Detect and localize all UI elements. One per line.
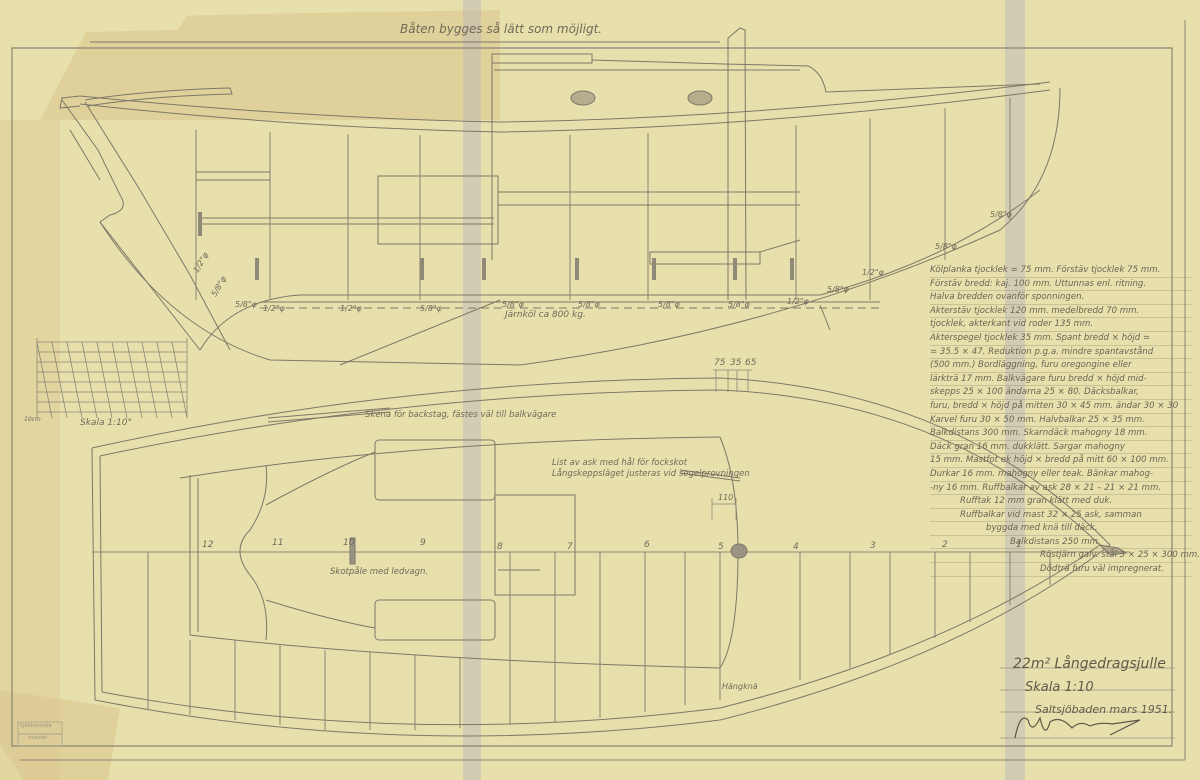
spec-line: Durkar 16 mm. mahogny eller teak. Bänkar… [930, 468, 1192, 482]
drawing-title: 22m² Långedragsjulle [1013, 656, 1166, 672]
spec-line: Rufftak 12 mm gran klätt med duk. [930, 495, 1192, 509]
spec-line: Balkdistans 250 mm. [930, 536, 1192, 550]
spec-line: Karvel furu 30 × 50 mm. Halvbalkar 25 × … [930, 414, 1192, 428]
dimension-75: 75 [714, 358, 725, 368]
station-number: 11 [272, 538, 283, 548]
dimension-65: 65 [745, 358, 756, 368]
bolt-label: 5/8"φ [420, 304, 442, 313]
spec-line: 15 mm. Mastfot ek höjd × bredd på mitt 6… [930, 454, 1192, 468]
header-note: Båten bygges så lätt som möjligt. [400, 22, 602, 36]
dimension-35: 35 [730, 358, 741, 368]
spec-line: Kölplanka tjocklek = 75 mm. Förstäv tjoc… [930, 264, 1192, 278]
backstay-note: Skena för backstag, fästes väl till balk… [365, 410, 556, 420]
scale-tick-label: 10cm [24, 416, 41, 423]
bolt-label: 5/8"φ [235, 300, 257, 309]
drawing-sheet: Båten bygges så lätt som möjligt. 1/2"φ … [0, 0, 1200, 780]
spec-line: Halva bredden ovanför sponningen. [930, 291, 1192, 305]
bolt-label: 1/2"φ [340, 304, 362, 313]
stamp-line-2: museet [28, 735, 47, 741]
bolt-label: 1/2"φ [263, 304, 285, 313]
spec-line: tjocklek, akterkant vid roder 135 mm. [930, 318, 1192, 332]
spec-line: furu, bredd × höjd på mitten 30 × 45 mm.… [930, 400, 1192, 414]
bolt-label: 1/2"φ [862, 268, 884, 277]
spec-line: Akterspegel tjocklek 35 mm. Spant bredd … [930, 332, 1192, 346]
station-number: 6 [644, 540, 650, 550]
scale-diagram-label: Skala 1:10° [80, 418, 132, 428]
bolt-label: 5/8"φ [502, 300, 524, 309]
jib-track-note-line2: Långskeppsläget justeras vid segelprovni… [552, 469, 750, 479]
station-number: 3 [870, 541, 876, 551]
spec-line: Däck gran 16 mm. dukklätt. Sargar mahogn… [930, 441, 1192, 455]
spec-line: Ruffbalkar vid mast 32 × 25 ask, samman [930, 509, 1192, 523]
sheet-post-note: Skotpåle med ledvagn. [330, 567, 428, 577]
spec-line: Förstäv bredd: kaj. 100 mm. Uttunnas enl… [930, 278, 1192, 292]
keel-weight-note: Järnköl ca 800 kg. [505, 310, 586, 320]
spec-line: (500 mm.) Bordläggning, furu oregongine … [930, 359, 1192, 373]
station-number: 9 [420, 538, 426, 548]
bolt-label: 5/8"φ [728, 300, 750, 309]
hanging-knee-note: Hängknä [722, 682, 758, 691]
drawing-scale: Skala 1:10 [1025, 680, 1094, 695]
bolt-label: 5/8"φ [990, 210, 1012, 219]
spec-line: Röstjärn galv. stål 3 × 25 × 300 mm. [930, 549, 1192, 563]
station-number: 10 [343, 538, 354, 548]
bolt-label: 5/8"φ [935, 242, 957, 251]
place-and-date: Saltsjöbaden mars 1951. [1035, 703, 1172, 716]
jib-track-note-line1: List av ask med hål för fockskot [552, 458, 687, 468]
station-number: 12 [202, 540, 213, 550]
spec-line: Dödträ furu väl impregnerat. [930, 563, 1192, 577]
station-number: 5 [718, 542, 724, 552]
station-number: 4 [793, 542, 799, 552]
station-number: 7 [567, 542, 573, 552]
bolt-label: 5/8"φ [827, 285, 849, 294]
stamp-line-1: Sjöhistoriska [20, 723, 52, 729]
spec-line: byggda med knä till däck. [930, 522, 1192, 536]
specification-notes: Kölplanka tjocklek = 75 mm. Förstäv tjoc… [930, 264, 1192, 577]
spec-line: -ny 16 mm. Ruffbalkar av ask 28 × 21 – 2… [930, 482, 1192, 496]
spec-line: Akterstäv tjocklek 120 mm. medelbredd 70… [930, 305, 1192, 319]
spec-line: lärkträ 17 mm. Balkvägare furu bredd × h… [930, 373, 1192, 387]
spec-line: skepps 25 × 100 ändarna 25 × 80. Däcksba… [930, 386, 1192, 400]
spec-line: Balkdistans 300 mm. Skarndäck mahogny 18… [930, 427, 1192, 441]
bolt-label: 1/2"φ [787, 297, 809, 306]
dimension-110: 110 [718, 493, 733, 502]
bolt-label: 5/8"φ [578, 300, 600, 309]
spec-line: = 35.5 × 47. Reduktion p.g.a. mindre spa… [930, 346, 1192, 360]
station-number: 8 [497, 542, 503, 552]
bolt-label: 5/8"φ [658, 300, 680, 309]
